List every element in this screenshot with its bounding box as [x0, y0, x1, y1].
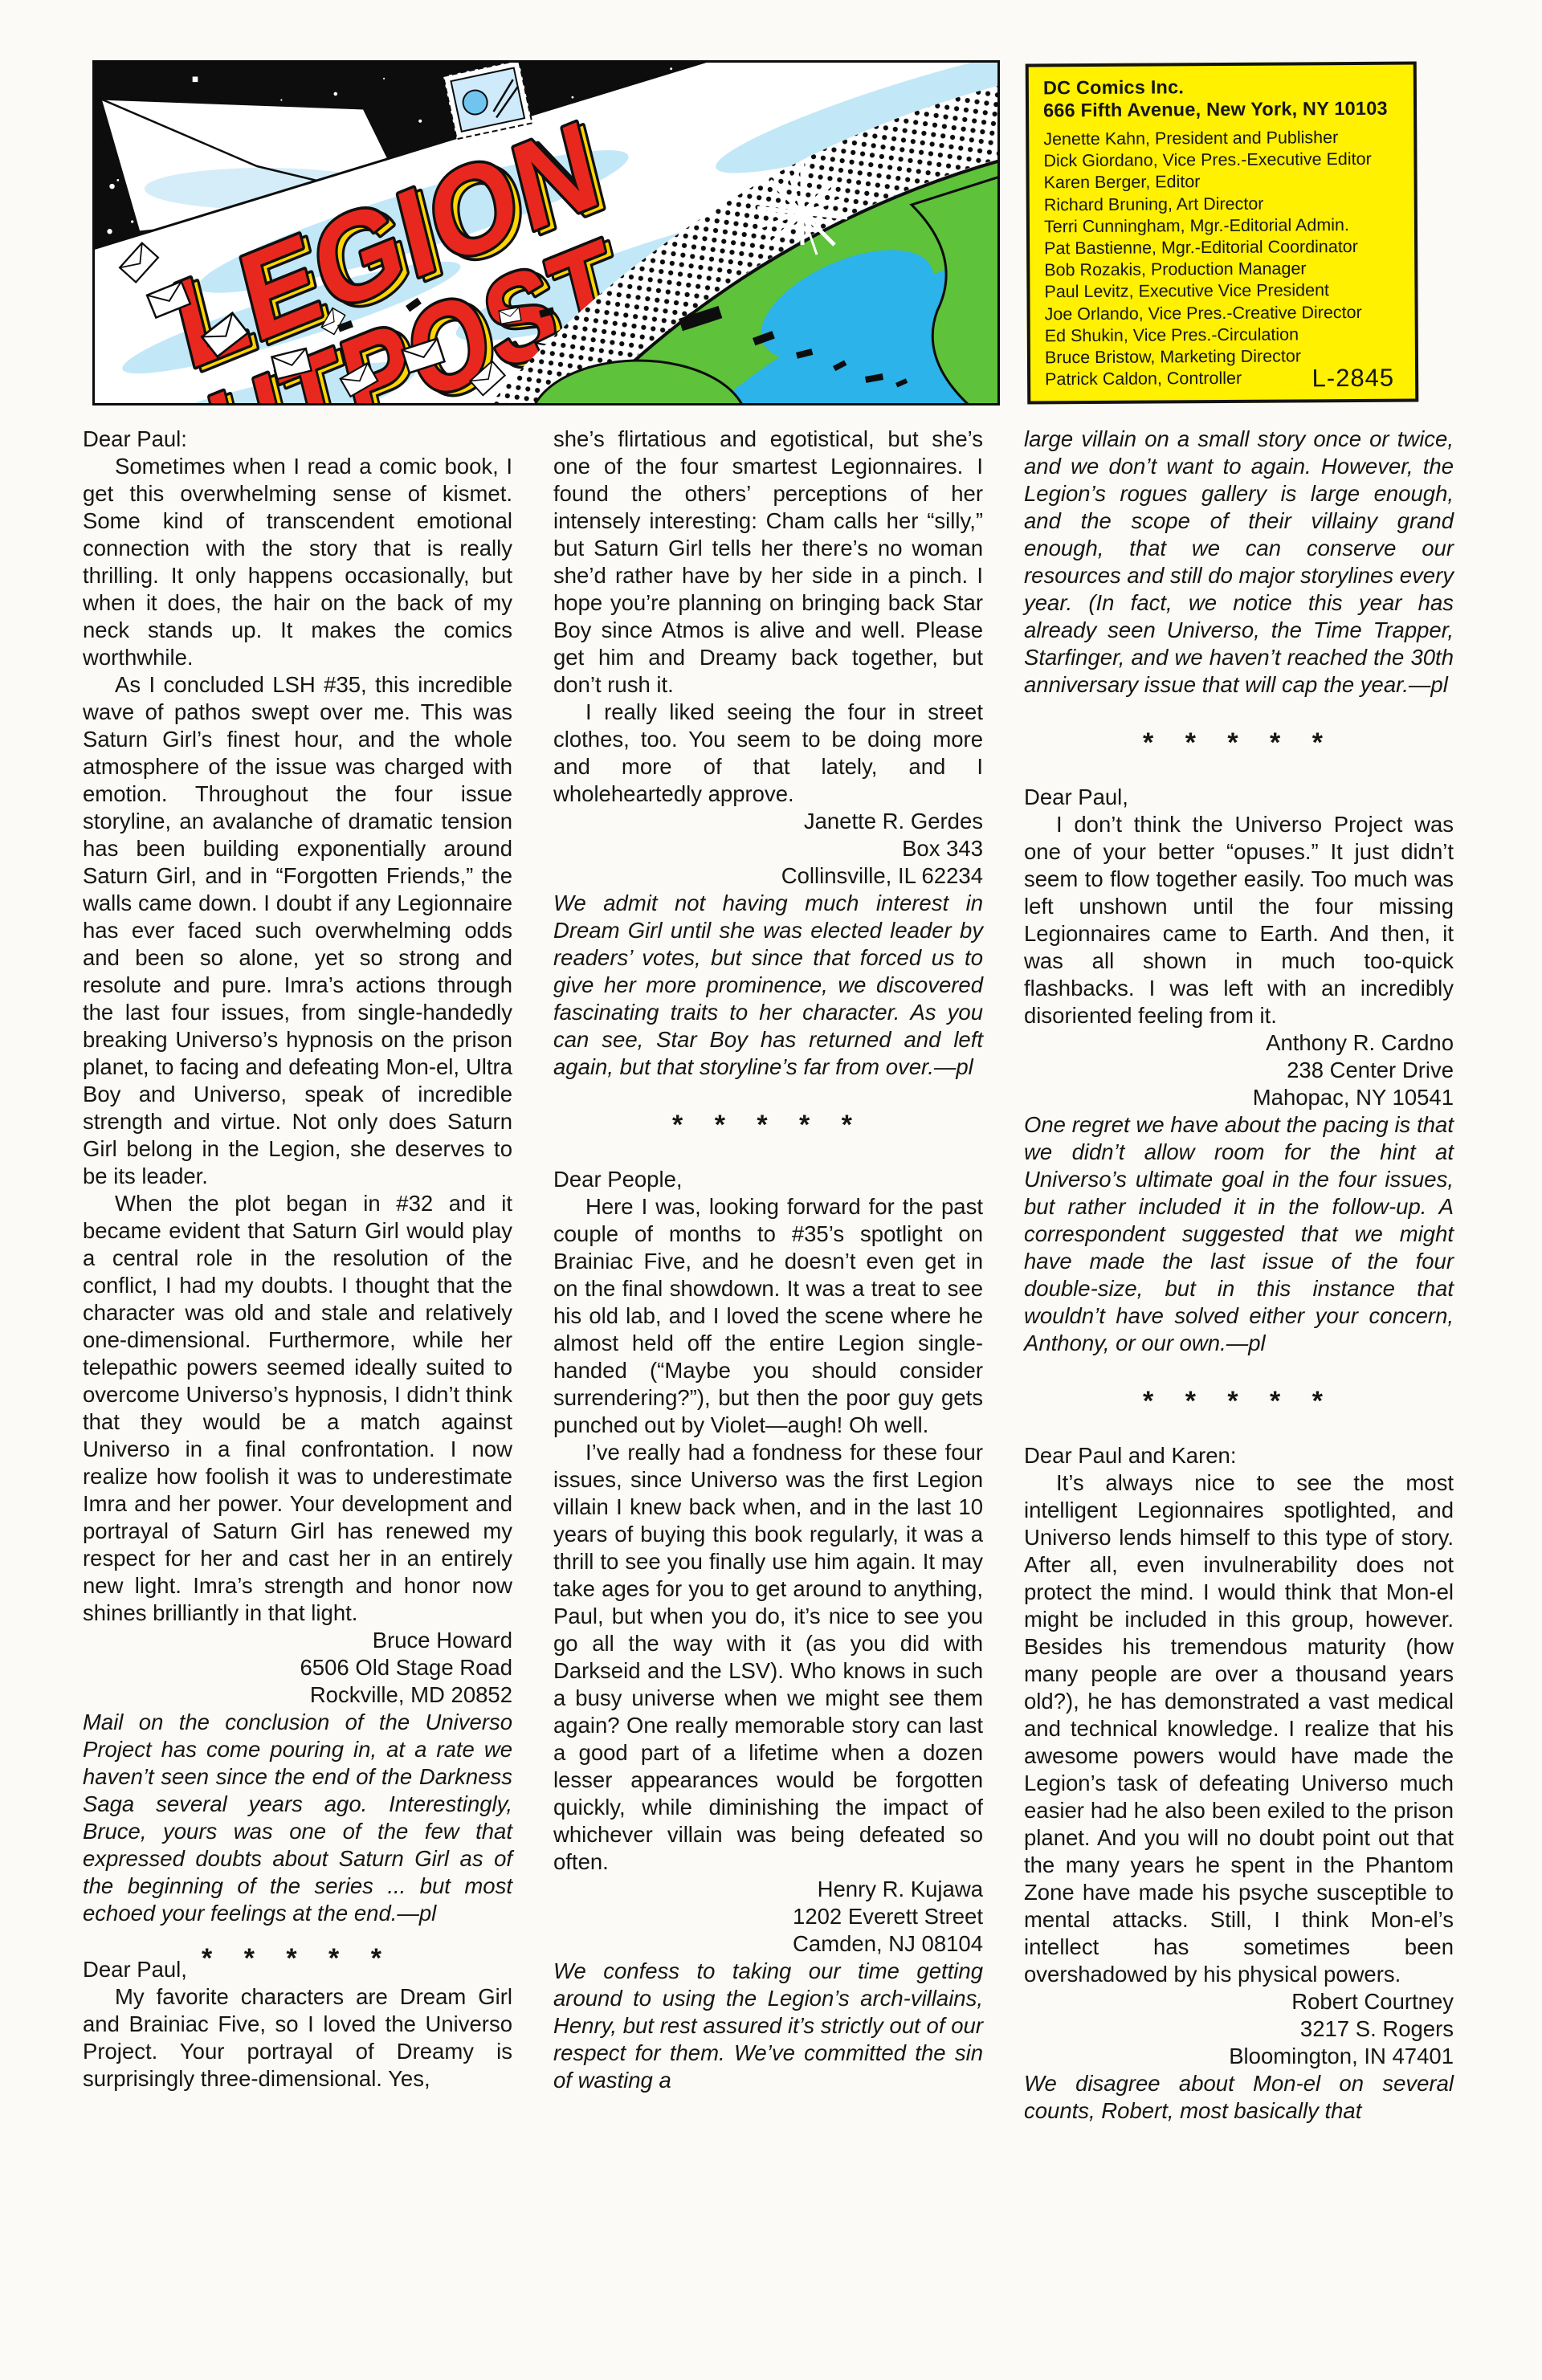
letter-signature-address: Anthony R. Cardno238 Center DriveMahopac… — [1024, 1029, 1454, 1111]
letter-signature-address: Henry R. Kujawa1202 Everett StreetCamden… — [553, 1876, 983, 1958]
credits-staff-line: Bob Rozakis, Production Manager — [1044, 258, 1401, 282]
credits-company: DC Comics Inc. — [1043, 75, 1401, 100]
address-line: Camden, NJ 08104 — [553, 1930, 983, 1958]
letter-paragraph: When the plot began in #32 and it became… — [83, 1190, 512, 1627]
comic-letters-page: { "masthead": { "title_line1": "LEGION",… — [0, 0, 1542, 2380]
editor-reply: Mail on the conclusion of the Universo P… — [83, 1709, 512, 1927]
letter-signature-address: Janette R. GerdesBox 343Collinsville, IL… — [553, 808, 983, 890]
editor-reply: One regret we have about the pacing is t… — [1024, 1111, 1454, 1357]
editor-reply: We admit not having much interest in Dre… — [553, 890, 983, 1081]
letter-paragraph: As I concluded LSH #35, this incredible … — [83, 671, 512, 1190]
credits-staff-line: Joe Orlando, Vice Pres.-Creative Directo… — [1045, 301, 1402, 325]
stars-separator: * * * * * — [553, 1111, 983, 1139]
letter-paragraph: I’ve really had a fondness for these fou… — [553, 1439, 983, 1876]
address-line: Rockville, MD 20852 — [83, 1681, 512, 1709]
credits-staff-line: Terri Cunningham, Mgr.-Editorial Admin. — [1044, 214, 1401, 238]
credits-staff-line: Pat Bastienne, Mgr.-Editorial Coordinato… — [1044, 236, 1401, 260]
editor-reply: large villain on a small story once or t… — [1024, 426, 1454, 699]
letters-column-3: large villain on a small story once or t… — [1024, 426, 1454, 2125]
letter-paragraph: My favorite characters are Dream Girl an… — [83, 1983, 512, 2093]
credits-box: DC Comics Inc. 666 Fifth Avenue, New Yor… — [1026, 62, 1419, 405]
credits-staff-line: Ed Shukin, Vice Pres.-Circulation — [1045, 323, 1402, 347]
letter-paragraph: Here I was, looking forward for the past… — [553, 1193, 983, 1439]
address-line: 238 Center Drive — [1024, 1057, 1454, 1084]
address-line: Anthony R. Cardno — [1024, 1029, 1454, 1057]
letter-salutation: Dear Paul, — [1024, 784, 1454, 811]
credits-staff-line: Dick Giordano, Vice Pres.-Executive Edit… — [1043, 149, 1401, 173]
address-line: Box 343 — [553, 835, 983, 862]
letter-paragraph: I don’t think the Universo Project was o… — [1024, 811, 1454, 1029]
letters-column-1: Dear Paul:Sometimes when I read a comic … — [83, 426, 512, 2125]
letter-salutation: Dear Paul: — [83, 426, 512, 453]
credits-company-address: 666 Fifth Avenue, New York, NY 10103 — [1043, 97, 1401, 122]
stars-salutation-row: * * * * *Dear Paul, — [83, 1956, 512, 1983]
envelope-icon — [499, 308, 521, 324]
address-line: Bloomington, IN 47401 — [1024, 2043, 1454, 2070]
editor-reply: We confess to taking our time getting ar… — [553, 1958, 983, 2094]
letter-signature-address: Robert Courtney3217 S. RogersBloomington… — [1024, 1988, 1454, 2070]
address-line: 6506 Old Stage Road — [83, 1654, 512, 1681]
letter-signature-address: Bruce Howard6506 Old Stage RoadRockville… — [83, 1627, 512, 1709]
editor-reply: We disagree about Mon-el on several coun… — [1024, 2070, 1454, 2125]
address-line: Mahopac, NY 10541 — [1024, 1084, 1454, 1111]
stars-separator: * * * * * — [1024, 1388, 1454, 1415]
letter-paragraph: she’s flirtatious and egotistical, but s… — [553, 426, 983, 699]
credits-staff-line: Karen Berger, Editor — [1044, 170, 1401, 194]
address-line: Robert Courtney — [1024, 1988, 1454, 2015]
stars-separator: * * * * * — [83, 1943, 512, 1975]
credits-staff-line: Richard Bruning, Art Director — [1044, 192, 1401, 216]
credits-code: L-2845 — [1312, 364, 1394, 393]
letters-column-2: she’s flirtatious and egotistical, but s… — [553, 426, 983, 2125]
credits-staff: Jenette Kahn, President and PublisherDic… — [1043, 127, 1402, 391]
credits-staff-line: Paul Levitz, Executive Vice President — [1044, 279, 1401, 304]
masthead: LEGION LEGION OUTPOST OUTPOST — [92, 60, 1000, 405]
stars-separator: * * * * * — [1024, 729, 1454, 756]
credits-staff-line: Jenette Kahn, President and Publisher — [1043, 127, 1401, 151]
masthead-art: LEGION LEGION OUTPOST OUTPOST — [92, 60, 1000, 405]
letters-columns: Dear Paul:Sometimes when I read a comic … — [0, 426, 1542, 2189]
letter-paragraph: I really liked seeing the four in street… — [553, 699, 983, 808]
address-line: Henry R. Kujawa — [553, 1876, 983, 1903]
address-line: Collinsville, IL 62234 — [553, 862, 983, 890]
address-line: 1202 Everett Street — [553, 1903, 983, 1930]
letter-salutation: Dear People, — [553, 1166, 983, 1193]
address-line: Bruce Howard — [83, 1627, 512, 1654]
address-line: Janette R. Gerdes — [553, 808, 983, 835]
address-line: 3217 S. Rogers — [1024, 2015, 1454, 2043]
letter-salutation: Dear Paul and Karen: — [1024, 1442, 1454, 1469]
letter-paragraph: It’s always nice to see the most intelli… — [1024, 1469, 1454, 1988]
letter-paragraph: Sometimes when I read a comic book, I ge… — [83, 453, 512, 671]
